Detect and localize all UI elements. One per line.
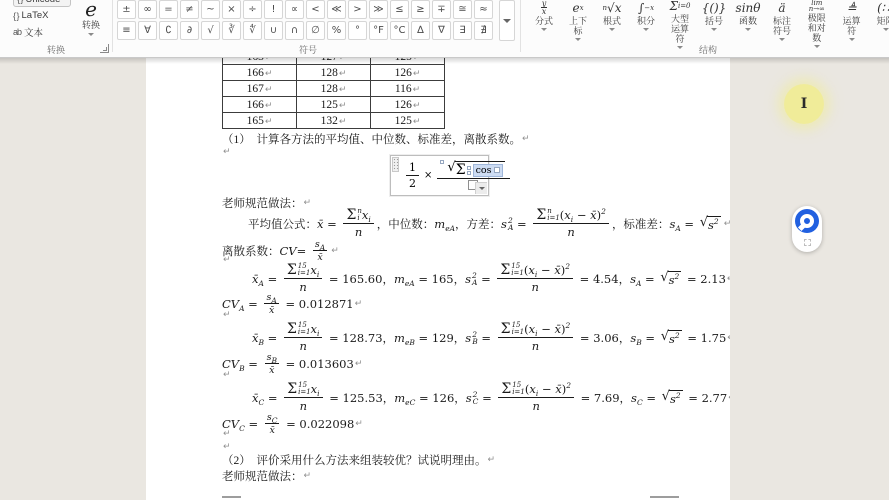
symbol-≠[interactable]: ≠ <box>180 0 199 19</box>
symbol-°F[interactable]: °F <box>369 21 388 40</box>
symbol-~[interactable]: ~ <box>201 0 220 19</box>
table-cell: 165↵ <box>223 113 297 129</box>
symbol-∞[interactable]: ∞ <box>138 0 157 19</box>
convert-unicode-button[interactable]: { } Unicode <box>13 0 71 7</box>
symbol-=[interactable]: = <box>159 0 178 19</box>
table-row: 165↵132↵125↵ <box>223 113 445 129</box>
sum-operator: Σ <box>456 163 471 177</box>
symbol-∀[interactable]: ∀ <box>138 21 157 40</box>
chat-bubble-icon <box>795 209 819 233</box>
script-icon: ex <box>572 0 583 15</box>
table-cell: 166↵ <box>223 65 297 81</box>
symbol-∄[interactable]: ∄ <box>474 21 493 40</box>
formula-line: 平均值公式：x̄ = Σnixin，中位数：meA，方差：s2A = Σni=1… <box>248 208 730 239</box>
chevron-down-icon <box>711 28 717 31</box>
symbol-±[interactable]: ± <box>117 0 136 19</box>
formula-line: ↵ <box>222 442 231 452</box>
convert-text-button[interactable]: ab 文本 <box>13 24 75 39</box>
chevron-down-icon <box>643 28 649 31</box>
radical-label: 根式 <box>603 16 621 26</box>
structure-limit-log-button[interactable]: limn→∞极限和对数 <box>799 0 835 42</box>
table-row: 167↵128↵116↵ <box>223 81 445 97</box>
structure-gallery: yx分式ex上下标n√x根式∫−x积分Σi=0大型 运算符{()}括号sinθ函… <box>527 0 889 42</box>
fraction-icon: yx <box>541 0 548 15</box>
symbol-≅[interactable]: ≅ <box>453 0 472 19</box>
fraction-numerator: 1 <box>406 161 419 176</box>
symbol-√[interactable]: √ <box>201 21 220 40</box>
convert-dropdown-button[interactable]: e 转换 <box>74 0 108 40</box>
document-page[interactable]: 163↵127↵125↵166↵128↵126↵167↵128↵116↵166↵… <box>146 57 730 500</box>
chevron-down-icon <box>883 28 889 31</box>
integral-label: 积分 <box>637 16 655 26</box>
sigma-glyph: Σ <box>456 163 466 177</box>
symbol-∁[interactable]: ∁ <box>159 21 178 40</box>
table-row: 163↵127↵125↵ <box>223 57 445 65</box>
symbol-∩[interactable]: ∩ <box>285 21 304 40</box>
fraction-denominator: 2 <box>409 176 416 190</box>
equation-ribbon: { } Unicode { } LaTeX ab 文本 e 转换 转换 ±∞=≠… <box>0 0 889 58</box>
formula-line: ↵ <box>222 310 231 320</box>
next-table-border-right <box>650 496 679 498</box>
chevron-down-icon <box>814 45 820 48</box>
sum-upper-placeholder[interactable] <box>467 166 471 170</box>
symbol-∃[interactable]: ∃ <box>453 21 472 40</box>
accent-label: 标注符号 <box>770 16 794 36</box>
function-chip[interactable]: cos <box>473 164 503 177</box>
structure-operator-button[interactable]: ≜运算符 <box>835 0 869 42</box>
symbol-∆[interactable]: ∆ <box>411 21 430 40</box>
scroll-down-icon <box>503 19 511 23</box>
chevron-down-icon <box>849 38 855 41</box>
symbol-≡[interactable]: ≡ <box>117 21 136 40</box>
ribbon-divider <box>112 0 113 52</box>
convert-group-label: 转换 <box>36 43 76 56</box>
dialog-launcher-icon[interactable] <box>100 44 109 53</box>
limit-log-label: 极限和对数 <box>804 13 830 43</box>
symbols-group-label: 符号 <box>218 43 398 56</box>
convert-button-label: 转换 <box>82 18 100 31</box>
formula-line: （2） 评价采用什么方法来组装较优？试说明理由。↵ <box>222 452 495 468</box>
symbol-row: ≡∀∁∂√∛∜∪∩∅%°°F°C∆∇∃∄ <box>117 21 497 40</box>
convert-latex-button[interactable]: { } LaTeX <box>13 8 75 23</box>
function-arg-placeholder[interactable] <box>494 167 500 173</box>
table-cell: 125↵ <box>297 97 371 113</box>
equation-editor[interactable]: 1 2 × √ Σ <box>390 155 489 196</box>
symbol-∛[interactable]: ∛ <box>222 21 241 40</box>
half-fraction: 1 2 <box>406 161 419 190</box>
chevron-down-icon <box>609 28 615 31</box>
formula-line: ↵ <box>222 429 231 439</box>
table-cell: 125↵ <box>371 57 445 65</box>
symbol-∇[interactable]: ∇ <box>432 21 451 40</box>
script-label: 上下标 <box>566 16 590 36</box>
table-row: 166↵128↵126↵ <box>223 65 445 81</box>
structure-bracket-button[interactable]: {()}括号 <box>697 0 731 42</box>
data-table: 163↵127↵125↵166↵128↵126↵167↵128↵116↵166↵… <box>222 57 445 129</box>
symbol-≈[interactable]: ≈ <box>474 0 493 19</box>
dropdown-arrow-icon <box>479 187 485 190</box>
formula-line: ↵ <box>222 255 231 265</box>
formula-line: CVC = sCx̄ = 0.022098↵ <box>222 412 363 436</box>
radical-icon: n√x <box>603 0 622 15</box>
formula-line: （1） 计算各方法的平均值、中位数、标准差，离散系数。↵ <box>222 131 530 147</box>
symbol-∝[interactable]: ∝ <box>285 0 304 19</box>
table-cell: 167↵ <box>223 81 297 97</box>
symbol-≫[interactable]: ≫ <box>369 0 388 19</box>
symbol-≥[interactable]: ≥ <box>411 0 430 19</box>
table-cell: 132↵ <box>297 113 371 129</box>
formula-line: x̄A = Σ15i=1xin = 165.60，meA = 165，s2A =… <box>252 263 730 294</box>
formula-line: 老师规范做法：↵ <box>222 468 311 484</box>
table-cell: 163↵ <box>223 57 297 65</box>
equation-content: 1 2 × √ Σ <box>403 156 513 195</box>
equation-dropdown-button[interactable] <box>475 182 487 194</box>
table-cell: 116↵ <box>371 81 445 97</box>
cursor-highlight: I <box>784 84 824 124</box>
table-cell: 128↵ <box>297 81 371 97</box>
symbol-∅[interactable]: ∅ <box>306 21 325 40</box>
formula-line: x̄B = Σ15i=1xin = 128.73，meB = 129，s2B =… <box>252 322 730 353</box>
symbol-grid: ±∞=≠~×÷!∝<≪>≫≤≥∓≅≈≡∀∁∂√∛∜∪∩∅%°°F°C∆∇∃∄ <box>117 0 497 42</box>
symbol->[interactable]: > <box>348 0 367 19</box>
curly-braces-icon: { } <box>17 0 23 4</box>
function-icon: sinθ <box>736 0 761 15</box>
fraction-label: 分式 <box>535 16 553 26</box>
convert-e-icon: e <box>85 0 97 18</box>
next-table-border-left <box>222 496 241 498</box>
integral-icon: ∫−x <box>638 0 654 15</box>
assistant-floating-button[interactable] <box>792 206 822 252</box>
formula-line: CVA = sAx̄ = 0.012871↵ <box>222 292 362 316</box>
formula-line: x̄C = Σ15i=1xin = 125.53，meC = 126，s2C =… <box>252 382 730 413</box>
table-cell: 128↵ <box>297 65 371 81</box>
symbol-∓[interactable]: ∓ <box>432 0 451 19</box>
table-cell: 166↵ <box>223 97 297 113</box>
symbol-°[interactable]: ° <box>348 21 367 40</box>
structure-fraction-button[interactable]: yx分式 <box>527 0 561 42</box>
ibeam-cursor-icon: I <box>801 96 808 112</box>
function-name: cos <box>476 165 492 176</box>
structure-integral-button[interactable]: ∫−x积分 <box>629 0 663 42</box>
structure-radical-button[interactable]: n√x根式 <box>595 0 629 42</box>
bracket-icon: {()} <box>702 0 727 15</box>
bracket-label: 括号 <box>705 16 723 26</box>
table-cell: 126↵ <box>371 65 445 81</box>
main-fraction: √ Σ cos <box>437 161 509 190</box>
symbol-![interactable]: ! <box>264 0 283 19</box>
symbol-≤[interactable]: ≤ <box>390 0 409 19</box>
symbol-<[interactable]: < <box>306 0 325 19</box>
symbol-×[interactable]: × <box>222 0 241 19</box>
symbol-∂[interactable]: ∂ <box>180 21 199 40</box>
chevron-down-icon <box>779 38 785 41</box>
accent-icon: ä <box>778 0 785 15</box>
ab-text-icon: ab <box>13 27 21 37</box>
structure-function-button[interactable]: sinθ函数 <box>731 0 765 42</box>
large-operator-label: 大型 运算符 <box>668 14 692 44</box>
curly-braces-icon: { } <box>13 11 19 21</box>
symbol-row: ±∞=≠~×÷!∝<≪>≫≤≥∓≅≈ <box>117 0 497 19</box>
structure-script-button[interactable]: ex上下标 <box>561 0 595 42</box>
pill-drag-handle-icon[interactable] <box>804 239 811 246</box>
sum-lower-placeholder[interactable] <box>467 171 471 175</box>
chevron-down-icon <box>745 28 751 31</box>
symbol-scroll-button[interactable] <box>499 0 515 41</box>
symbol-°C[interactable]: °C <box>390 21 409 40</box>
operator-icon: ≜ <box>847 0 857 15</box>
table-cell: 127↵ <box>297 57 371 65</box>
convert-text-label: 文本 <box>24 25 43 39</box>
matrix-icon: (∷) <box>877 0 889 15</box>
ribbon-divider <box>520 0 521 52</box>
limit-log-icon: limn→∞ <box>809 0 825 12</box>
function-label: 函数 <box>739 16 757 26</box>
symbol-÷[interactable]: ÷ <box>243 0 262 19</box>
chevron-down-icon <box>575 38 581 41</box>
structure-large-operator-button[interactable]: Σi=0大型 运算符 <box>663 0 697 42</box>
structure-matrix-button[interactable]: (∷)矩阵 <box>869 0 889 42</box>
radical: √ Σ cos <box>447 161 504 177</box>
structures-group-label: 结构 <box>618 43 798 56</box>
formula-line: ↵ <box>222 147 231 157</box>
radical-degree-placeholder[interactable] <box>440 160 444 164</box>
formula-line: CVB = sBx̄ = 0.013603↵ <box>222 352 362 376</box>
formula-line: ↵ <box>222 370 231 380</box>
symbol-∜[interactable]: ∜ <box>243 21 262 40</box>
chevron-down-icon <box>88 33 94 36</box>
table-row: 166↵125↵126↵ <box>223 97 445 113</box>
symbol-≪[interactable]: ≪ <box>327 0 346 19</box>
matrix-label: 矩阵 <box>877 16 889 26</box>
structure-accent-button[interactable]: ä标注符号 <box>765 0 799 42</box>
times-operator: × <box>424 170 432 181</box>
symbol-∪[interactable]: ∪ <box>264 21 283 40</box>
symbol-%[interactable]: % <box>327 21 346 40</box>
document-canvas: 163↵127↵125↵166↵128↵126↵167↵128↵116↵166↵… <box>0 57 889 500</box>
large-operator-icon: Σi=0 <box>669 0 690 13</box>
convert-latex-label: LaTeX <box>22 10 49 21</box>
chevron-down-icon <box>541 28 547 31</box>
convert-unicode-label: Unicode <box>26 0 61 5</box>
table-cell: 125↵ <box>371 113 445 129</box>
formula-line: 离散系数：CV= sAx̄↵ <box>222 239 339 263</box>
operator-label: 运算符 <box>840 16 864 36</box>
equation-drag-handle-icon[interactable] <box>392 157 399 172</box>
table-cell: 126↵ <box>371 97 445 113</box>
